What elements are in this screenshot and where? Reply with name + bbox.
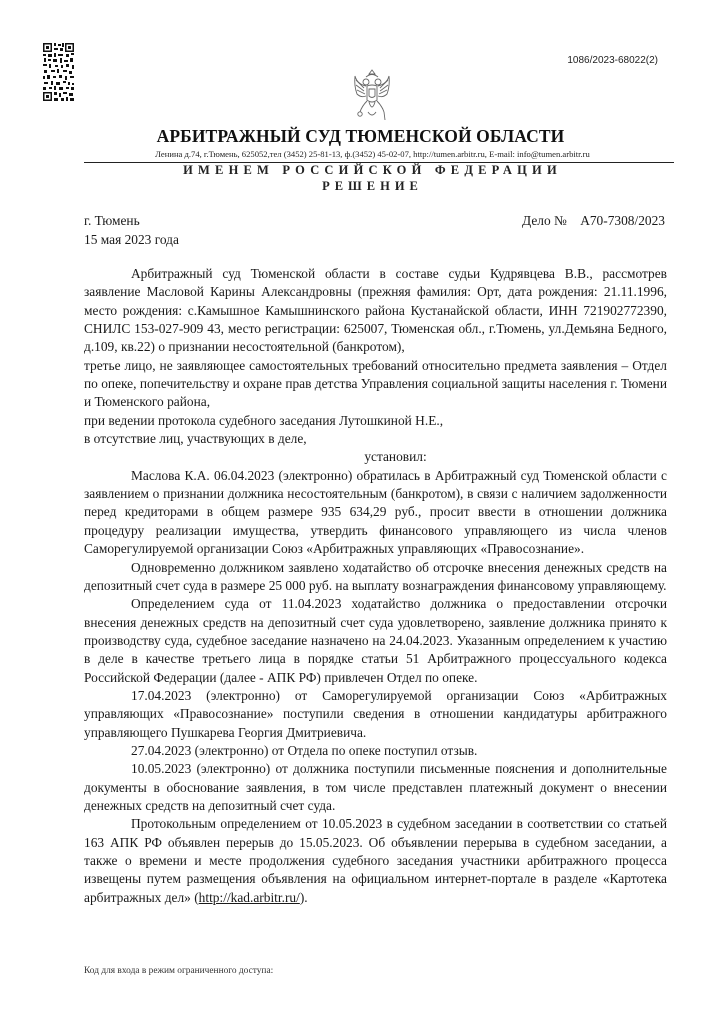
in-the-name-heading: ИМЕНЕМ РОССИЙСКОЙ ФЕДЕРАЦИИ <box>0 163 721 178</box>
established-heading: установил: <box>84 448 667 466</box>
access-code-label: Код для входа в режим ограниченного дост… <box>84 966 273 976</box>
case-number: А70-7308/2023 <box>580 213 665 228</box>
paragraph-5: 27.04.2023 (электронно) от Отдела по опе… <box>84 742 667 760</box>
case-number-block: Дело № А70-7308/2023 <box>522 213 665 229</box>
coat-of-arms-icon <box>352 68 392 124</box>
paragraph-7: Протокольным определением от 10.05.2023 … <box>84 815 667 907</box>
secretary-line: при ведении протокола судебного заседани… <box>84 412 667 430</box>
qr-code-icon <box>42 42 75 102</box>
paragraph-2: Одновременно должником заявлено ходатайс… <box>84 559 667 596</box>
paragraph-7-end: ). <box>300 890 308 905</box>
third-party-paragraph: третье лицо, не заявляющее самостоятельн… <box>84 357 667 412</box>
document-number: 1086/2023-68022(2) <box>567 55 658 66</box>
paragraph-6: 10.05.2023 (электронно) от должника пост… <box>84 760 667 815</box>
paragraph-7-text: Протокольным определением от 10.05.2023 … <box>84 816 667 904</box>
decision-heading: РЕШЕНИЕ <box>0 179 721 194</box>
intro-paragraph: Арбитражный суд Тюменской области в сост… <box>84 265 667 357</box>
court-title: АРБИТРАЖНЫЙ СУД ТЮМЕНСКОЙ ОБЛАСТИ <box>0 126 721 147</box>
paragraph-4: 17.04.2023 (электронно) от Саморегулируе… <box>84 687 667 742</box>
decision-body: Арбитражный суд Тюменской области в сост… <box>84 265 667 907</box>
city: г. Тюмень <box>84 213 140 229</box>
paragraph-1: Маслова К.А. 06.04.2023 (электронно) обр… <box>84 467 667 559</box>
kad-arbitr-link[interactable]: http://kad.arbitr.ru/ <box>199 890 300 905</box>
paragraph-3: Определением суда от 11.04.2023 ходатайс… <box>84 595 667 687</box>
absence-line: в отсутствие лиц, участвующих в деле, <box>84 430 667 448</box>
case-label: Дело № <box>522 213 567 228</box>
decision-date: 15 мая 2023 года <box>84 232 179 248</box>
court-address: Ленина д.74, г.Тюмень, 625052,тел (3452)… <box>0 149 721 159</box>
